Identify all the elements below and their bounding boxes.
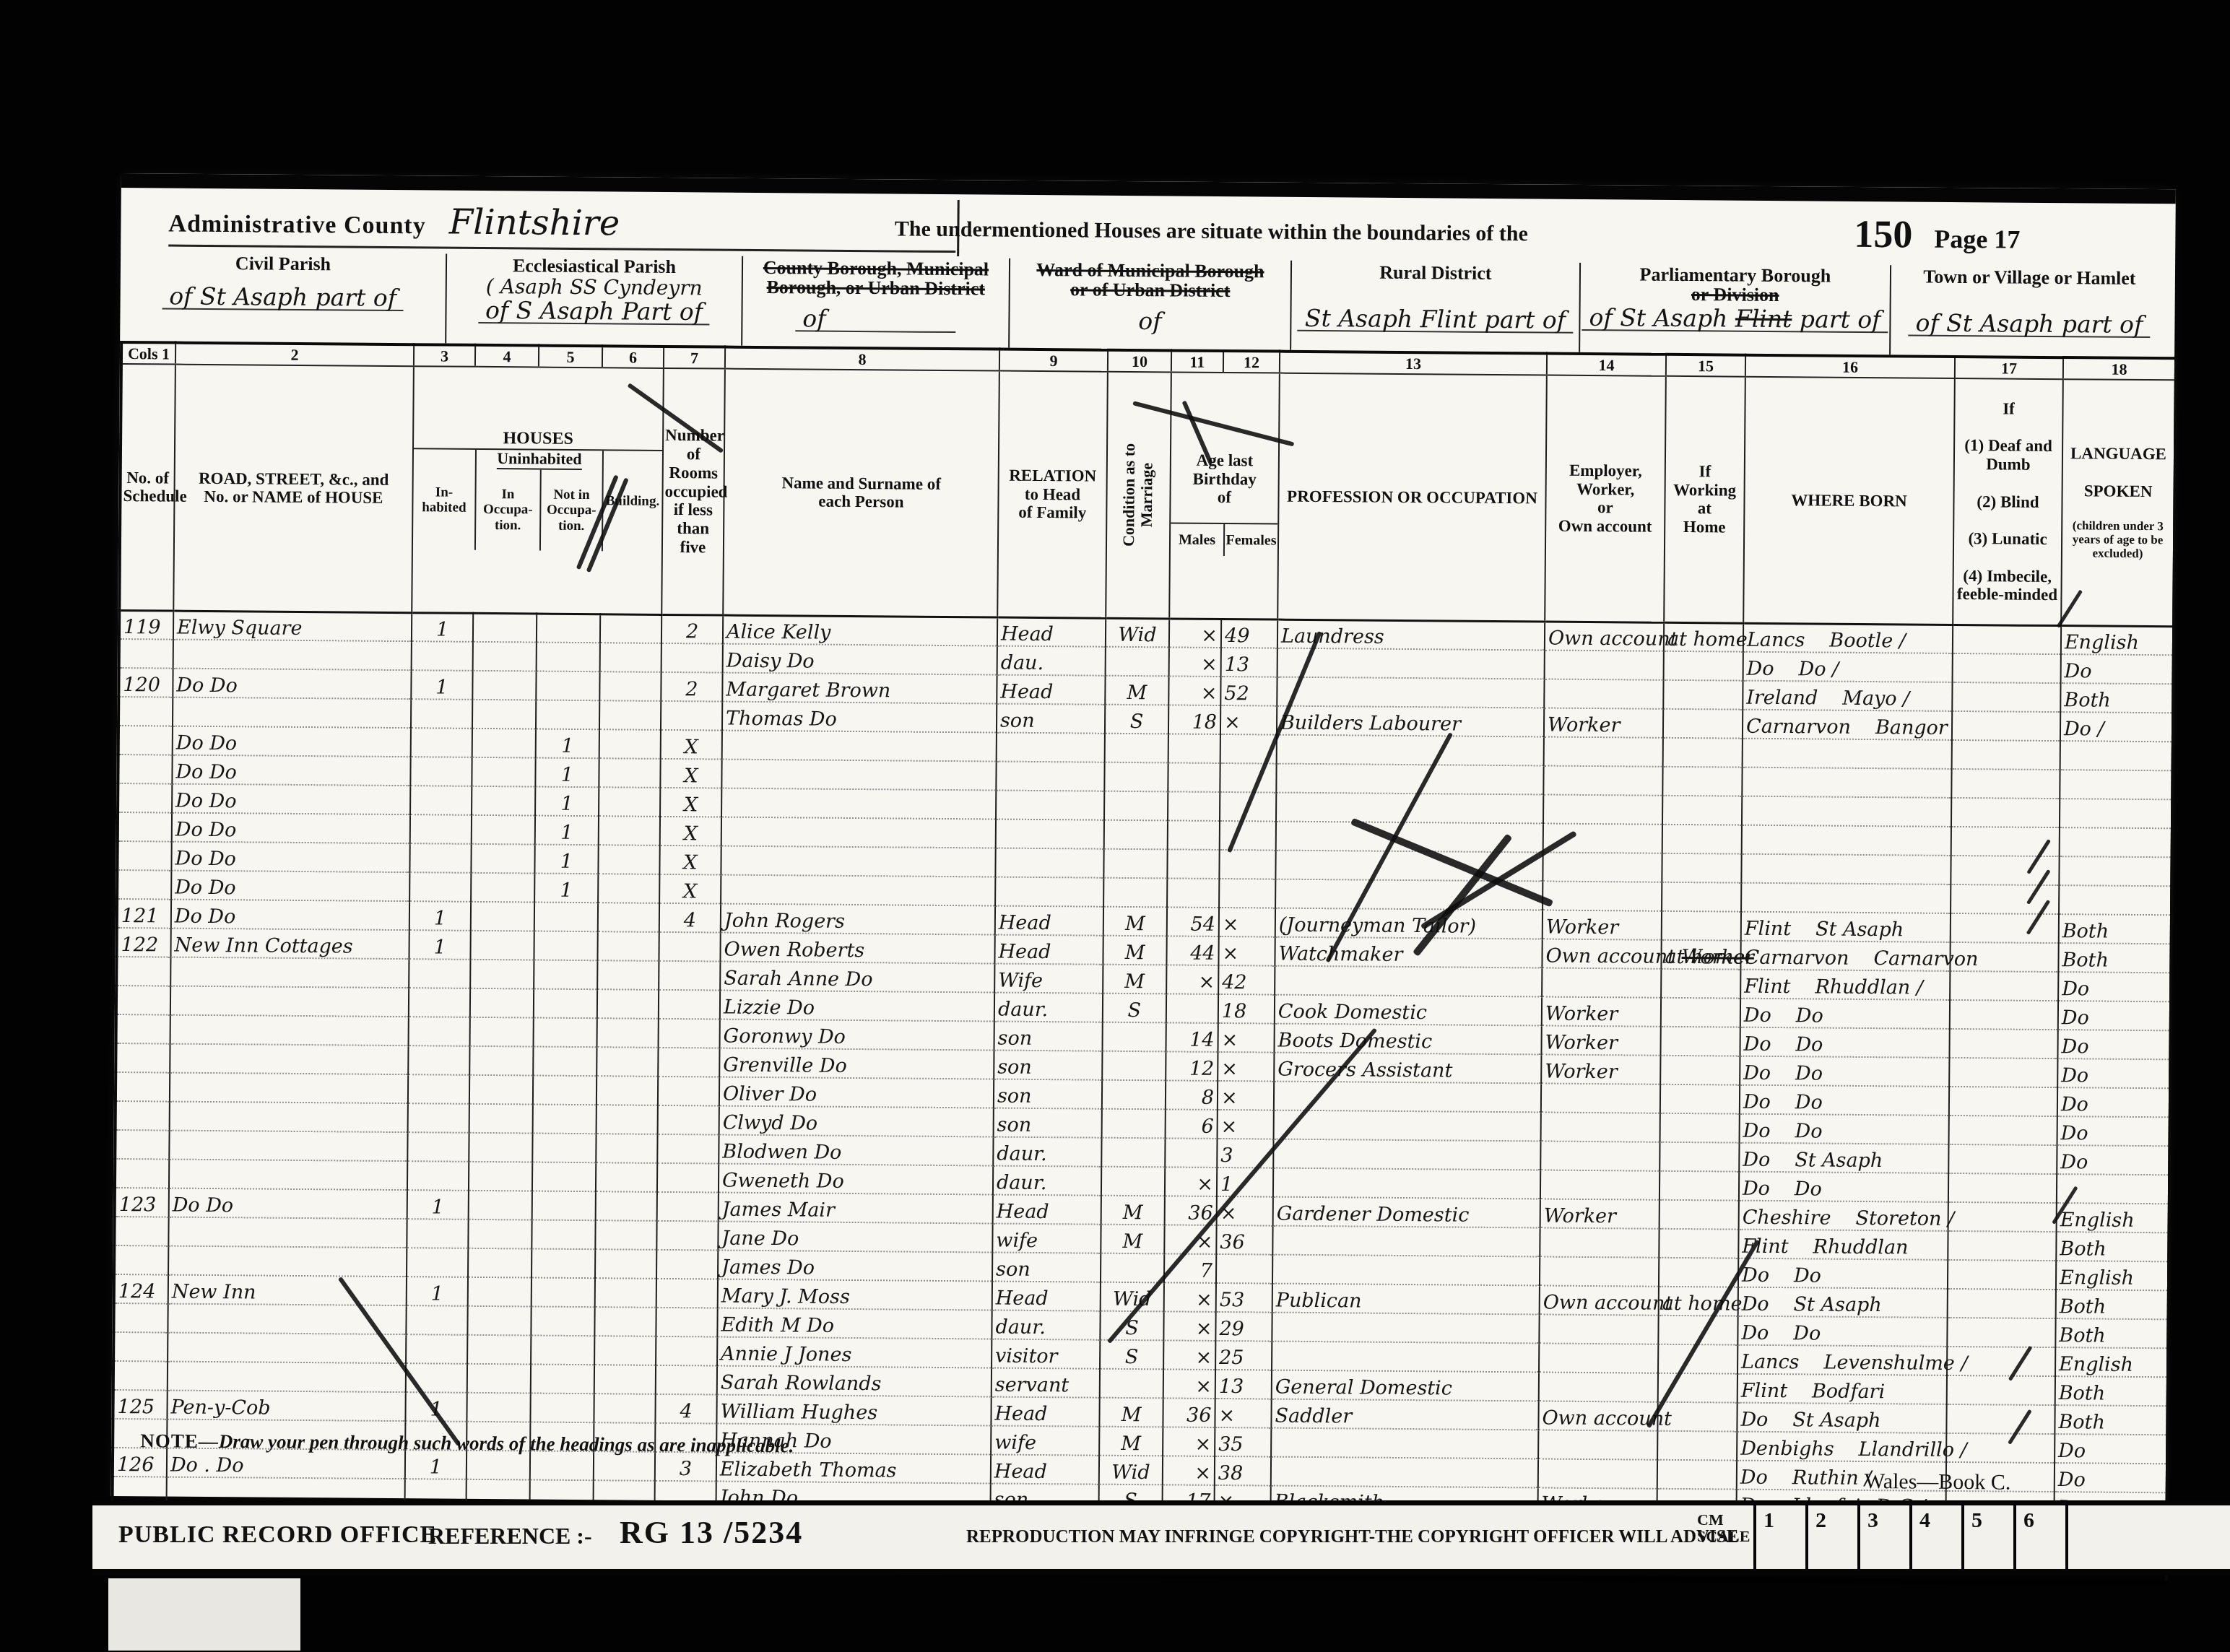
cell-building [596,1047,658,1077]
cell-occupation: Saddler [1271,1399,1538,1430]
cell-age-female: × [1218,1081,1274,1110]
cell-inhabited [411,699,472,729]
cell-not-in-occupation [536,700,599,730]
cell-occupation: Gardener Domestic [1273,1197,1540,1228]
cell-relation [995,848,1103,878]
header-age: Age last Birthday of [1171,435,1278,523]
cell-condition: M [1099,1398,1163,1427]
cell-road: New Inn [168,1275,407,1306]
cell-in-occupation [472,757,535,787]
cell-rooms: X [660,759,721,788]
cell-schedule: 121 [117,899,171,929]
cell-occupation [1277,677,1544,708]
cell-language [2059,856,2172,886]
cell-where-born: DoSt Asaph [1739,1143,1948,1173]
cell-relation: Head [997,675,1105,705]
cell-not-in-occupation [533,1105,596,1134]
cell-age-male: × [1163,1456,1215,1486]
cell-age-female: 29 [1215,1312,1272,1342]
header-uninhabited: Uninhabited [497,450,582,470]
census-table: Cols 1 2 3 4 5 6 7 8 9 10 11 12 13 14 15… [110,341,2177,1586]
cell-infirmity [1948,1144,2057,1174]
cell-building [599,816,660,845]
cell-in-occupation [469,1046,533,1076]
cell-in-occupation [472,671,536,700]
cell-road [170,1044,408,1075]
cell-language [2059,885,2172,915]
cell-not-in-occupation [532,1134,596,1163]
census-body: 119 Elwy Square 1 2 Alice Kelly Head Wid… [113,610,2174,1521]
cell-inhabited [410,786,472,815]
cell-occupation [1273,1168,1540,1199]
cell-rooms [659,961,720,991]
cell-occupation [1277,735,1544,766]
cell-condition [1104,820,1168,850]
cell-not-in-occupation [534,1018,597,1048]
cell-inhabited [407,1132,469,1162]
cell-where-born: FlintRhuddlan / [1740,970,1950,1000]
cell-schedule [116,957,170,986]
cell-inhabited [409,843,471,873]
cell-at-home [1662,796,1742,825]
cell-infirmity [1949,1058,2057,1087]
cell-language: Both [2058,943,2171,973]
cell-road: Elwy Square [173,611,412,642]
cell-employer [1544,737,1663,767]
cell-name [721,788,996,820]
cell-road [170,957,409,988]
cell-where-born [1743,739,1952,769]
cell-age-female: 3 [1217,1139,1273,1168]
cell-at-home [1660,1200,1739,1230]
cell-rooms [657,1163,719,1193]
ruler-cell: 2 [1805,1505,1857,1569]
cell-name [721,846,995,877]
cell-relation [997,733,1105,762]
cell-road: Do Do [171,842,409,873]
cell-age-female [1220,763,1276,793]
cell-road: New Inn Cottages [170,929,409,960]
cell-inhabited [410,757,472,786]
cell-road: Do Do [173,669,411,700]
cell-condition: M [1101,1225,1164,1254]
column-headers-row: No. of Schedule ROAD, STREET, &c., and N… [119,364,2176,627]
cell-schedule [115,1159,169,1188]
cell-language: English [2056,1261,2169,1290]
cell-road [168,1217,407,1248]
cell-infirmity [1946,1404,2055,1434]
cell-at-home [1657,1460,1737,1490]
cell-age-female: 25 [1215,1341,1272,1370]
cell-relation: son [994,1051,1102,1080]
cell-employer: Worker [1541,1026,1660,1056]
cell-age-female [1219,879,1275,908]
header-infirmity: If (1) Deaf and Dumb (2) Blind (3) Lunat… [1953,378,2063,625]
cell-employer: Worker [1542,997,1661,1027]
cell-occupation [1274,1110,1541,1142]
cell-infirmity [1951,769,2060,799]
cell-name [721,760,996,791]
cell-age-male: × [1163,1341,1215,1370]
cell-at-home [1660,1027,1740,1056]
footer-copyright-warning: REPRODUCTION MAY INFRINGE COPYRIGHT-THE … [966,1527,1738,1547]
cell-building [597,960,659,990]
cell-infirmity [1947,1375,2055,1405]
cell-at-home [1660,1142,1739,1172]
cell-age-male: 44 [1166,936,1218,966]
cell-condition [1102,1109,1166,1139]
cell-building [597,1018,659,1048]
cell-at-home [1657,1431,1737,1461]
col-num-11: 11 [1171,350,1223,373]
cell-road [168,1362,406,1393]
header-houses-group: HOUSES In- habited Uninhabited In Occupa… [412,366,664,614]
cell-age-female: 52 [1220,677,1277,706]
cell-building [600,643,661,672]
cell-not-in-occupation [530,1394,594,1423]
cell-infirmity [1952,711,2060,741]
cell-at-home [1660,1056,1740,1085]
cell-condition [1100,1369,1163,1399]
cell-where-born: FlintRhuddlan [1738,1230,1948,1260]
cell-road [170,986,409,1017]
cell-name: Oliver Do [719,1077,994,1108]
footer-reference-label: REFERENCE :- [428,1523,592,1549]
cell-infirmity [1948,1173,2057,1203]
cell-schedule [118,726,173,755]
cell-building [599,700,661,730]
cell-language: Both [2056,1290,2169,1319]
cell-employer [1543,795,1662,825]
cell-relation: wife [992,1224,1101,1253]
cell-building [596,1191,657,1221]
cell-in-occupation [472,729,536,758]
col-num-5: 5 [539,346,602,368]
cell-name [721,875,995,906]
cell-relation: daur. [993,1137,1101,1167]
cell-name: Mary J. Moss [718,1279,992,1310]
note-text: Draw your pen through such words of the … [219,1430,794,1456]
cell-age-male: × [1163,1312,1215,1342]
admin-county-label: Administrative County [168,211,426,240]
cell-rooms [656,1221,718,1251]
cell-at-home [1660,1113,1740,1143]
cell-schedule [119,639,173,669]
header-at-home: If Working at Home [1664,376,1745,623]
header-language: LANGUAGE SPOKEN (children under 3 years … [2061,379,2176,626]
cell-at-home [1664,651,1743,681]
cell-not-in-occupation [532,1278,595,1308]
cell-condition [1102,1051,1166,1081]
ruler-cell: 5 [1961,1505,2013,1569]
cell-infirmity [1950,971,2058,1001]
cell-name: Blodwen Do [719,1135,993,1166]
cell-age-male: × [1169,648,1221,677]
cell-language [2060,827,2172,857]
cell-age-female: × [1220,705,1277,735]
cell-in-occupation [471,902,534,931]
cell-condition: M [1103,907,1167,936]
cell-at-home [1660,1084,1740,1114]
cell-road [168,1333,406,1364]
cell-age-male [1168,734,1220,764]
cell-occupation [1272,1342,1539,1373]
cell-rooms [659,990,720,1020]
cell-in-occupation [467,1393,530,1422]
cell-age-female [1220,821,1276,851]
cell-age-male: 14 [1166,1023,1218,1053]
scan-artifact [108,1578,300,1651]
cell-where-born [1742,796,1951,827]
cell-relation [996,791,1104,820]
cell-infirmity [1948,1289,2056,1318]
cell-rooms [656,1308,717,1337]
cell-infirmity [1949,1116,2057,1145]
header-profession: PROFESSION OR OCCUPATION [1277,373,1547,622]
cell-inhabited [410,814,472,844]
cell-language: Both [2059,914,2172,944]
cell-road: Do Do [171,900,409,931]
cell-where-born [1741,883,1951,913]
cell-rooms [657,1134,719,1164]
cell-condition: S [1100,1340,1163,1370]
cell-rooms [657,1192,719,1222]
cell-road: Do Do [172,755,410,786]
cell-inhabited [409,872,471,902]
census-sheet: Administrative County Flintshire The und… [111,173,2176,1512]
header-houses: HOUSES [414,429,662,452]
cell-language [2060,741,2173,770]
cell-relation: dau. [997,646,1106,676]
cell-age-male [1167,850,1219,879]
cell-relation: Head [993,1195,1101,1225]
admin-county-line: Administrative County Flintshire [168,200,955,253]
cell-relation [996,820,1104,849]
cell-language: Do [2057,1058,2170,1088]
cell-rooms: 2 [661,672,722,702]
cell-relation: Head [994,935,1103,965]
cell-condition: Wid [1106,618,1169,648]
cell-age-female: × [1215,1399,1271,1428]
cell-not-in-occupation [534,989,597,1019]
cell-language: Do / [2060,712,2173,742]
cell-in-occupation [473,642,537,671]
cell-language: Do [2058,972,2171,1001]
cell-building [594,1307,656,1336]
col-num-12: 12 [1223,351,1280,373]
cell-age-male [1167,879,1219,908]
col-num-18: 18 [2063,357,2176,380]
cell-occupation: (Journeyman Tailor) [1275,908,1543,939]
cell-not-in-occupation [534,931,597,961]
cell-employer [1540,1228,1659,1258]
cell-language: Both [2060,683,2173,713]
cell-not-in-occupation [532,1191,596,1221]
cell-condition [1106,647,1169,677]
cell-rooms [659,932,720,962]
cell-name: William Hughes [716,1395,991,1426]
ecclesiastical-parish-value-2: of S Asaph Part of [478,297,710,326]
cell-where-born [1742,768,1951,798]
cell-building [594,1336,656,1365]
cell-name: Sarah Rowlands [717,1366,992,1397]
cell-schedule [117,870,171,900]
cell-relation: Head [992,1282,1101,1311]
cell-rooms: 4 [659,903,721,933]
cell-where-born: DoSt Asaph [1738,1287,1948,1318]
ruler-cell-end [2065,1505,2230,1569]
cell-language: Both [2056,1232,2169,1261]
cell-age-female [1219,850,1275,879]
cell-age-male [1168,792,1220,822]
box-town-village: Town or Village or Hamlet of St Asaph pa… [1889,265,2168,357]
cell-infirmity [1948,1260,2056,1290]
header-building: Building. [602,451,662,552]
cell-occupation: Publican [1272,1284,1540,1315]
cell-road: Do Do [172,784,410,815]
cell-age-female: 13 [1221,648,1277,677]
cell-age-female [1216,1254,1272,1284]
cell-building [596,1076,658,1105]
cell-inhabited: 1 [409,901,471,931]
cell-relation: Head [991,1397,1099,1427]
cell-rooms [661,701,722,731]
cell-relation: daur. [994,993,1103,1022]
cell-occupation: Boots Domestic [1274,1024,1541,1055]
cell-name: Clwyd Do [719,1106,994,1137]
cell-schedule [114,1217,168,1246]
cell-age-female: 36 [1216,1225,1272,1255]
cell-where-born [1741,854,1951,884]
cell-condition [1101,1138,1165,1168]
cell-not-in-occupation: 1 [535,787,599,817]
cell-employer: Worker [1544,708,1663,738]
cell-infirmity [1949,1087,2057,1116]
cell-schedule [116,986,170,1015]
cell-schedule [116,1014,170,1044]
cell-road: Do Do [173,726,411,757]
cell-employer [1540,1170,1660,1200]
cell-infirmity [1948,1231,2056,1261]
cell-inhabited [406,1305,467,1335]
book-label: Wales—Book C. [1865,1469,2011,1495]
cell-relation: daur. [993,1166,1101,1196]
col-num-3: 3 [414,344,475,367]
cell-inhabited: 1 [407,1277,468,1306]
cell-language: Do [2057,1030,2170,1059]
cell-schedule [118,697,173,726]
cell-condition: M [1105,676,1168,705]
box-ward: Ward of Municipal Borough or of Urban Di… [1008,258,1290,350]
cell-age-female: × [1218,1052,1274,1082]
cell-at-home [1662,853,1741,883]
cell-language: English [2057,1203,2169,1233]
cell-employer [1544,679,1663,709]
cell-employer [1543,882,1662,911]
header-rooms: Number of Rooms occupied if less than fi… [661,368,725,615]
cell-not-in-occupation [531,1307,594,1336]
col-num-16: 16 [1745,355,1955,378]
cell-road: Do Do [169,1188,407,1220]
cell-condition [1105,734,1168,763]
cell-where-born: CarnarvonBangor [1743,710,1952,740]
cell-building [596,1162,657,1192]
cell-language: Do [2061,654,2174,684]
cell-name [721,817,996,848]
cell-schedule [115,1130,169,1160]
cell-inhabited: 1 [409,930,470,960]
cell-language: Both [2055,1318,2168,1348]
parliamentary-borough-value: of St Asaph Flint part of [1582,303,1888,332]
cell-occupation [1272,1255,1540,1286]
cell-in-occupation [470,960,534,989]
cell-age-male: × [1169,619,1221,648]
county-borough-label-1: County Borough, Municipal [743,258,1009,279]
cell-not-in-occupation [533,1047,596,1077]
cell-employer: Worker [1543,910,1662,940]
cell-not-in-occupation: 1 [535,816,599,845]
cell-employer [1539,1373,1658,1402]
cell-condition: Wid [1099,1456,1163,1485]
cell-employer: Worker [1540,1199,1660,1229]
cell-building [598,903,659,932]
cell-in-occupation [468,1248,532,1278]
cell-age-male: × [1164,1283,1216,1313]
cell-in-occupation [467,1364,531,1394]
cell-infirmity [1948,1202,2057,1232]
cell-employer [1543,766,1662,796]
cell-condition: M [1103,965,1166,994]
cell-language [2060,799,2172,828]
ruler-cell: 6 [2013,1505,2065,1569]
cell-employer [1540,1257,1659,1287]
header-females: Females [1223,524,1277,557]
cell-condition: S [1103,994,1166,1023]
cell-schedule [113,1332,168,1362]
cell-relation: son [997,704,1105,734]
header-inhabited: In- habited [413,449,475,550]
col-num-4: 4 [475,345,539,368]
cell-inhabited [409,1017,470,1046]
cell-employer [1545,651,1664,680]
rural-district-label: Rural District [1292,262,1579,284]
cell-inhabited [408,1045,469,1075]
box-rural-district: Rural District St Asaph Flint part of [1290,261,1579,352]
cell-employer [1539,1315,1658,1344]
cell-in-occupation [473,613,537,643]
cell-occupation: Grocers Assistant [1274,1053,1541,1084]
cell-road: Do Do [172,813,410,844]
cell-age-male: 54 [1167,908,1219,937]
parish-boxes: Civil Parish of St Asaph part of Ecclesi… [120,251,2175,357]
cell-in-occupation [471,844,534,874]
cell-rooms: 2 [661,614,723,644]
cell-building [599,758,660,788]
cell-employer [1543,853,1662,882]
cell-schedule: 125 [113,1390,167,1420]
cell-employer [1542,968,1661,998]
cell-inhabited [409,959,470,988]
cell-schedule [116,1043,170,1073]
civil-parish-label: Civil Parish [121,253,446,275]
ward-label-1: Ward of Municipal Borough [1010,260,1290,282]
cell-building [599,729,661,759]
cell-relation [996,762,1104,791]
cell-language [2060,770,2172,799]
cell-infirmity [1947,1318,2055,1347]
cell-schedule [118,783,172,813]
cell-condition: M [1099,1427,1163,1456]
